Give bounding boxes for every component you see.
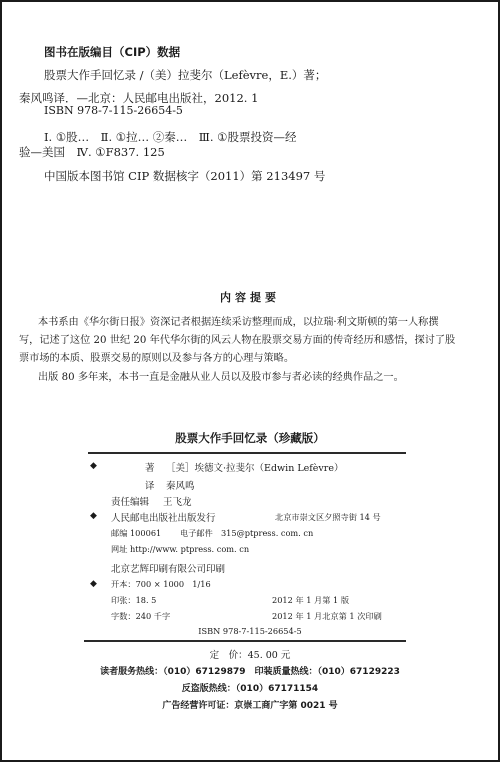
translator: 秦风鸣 [166,478,195,492]
cip-isbn: ISBN 978-7-115-26654-5 [44,104,183,117]
word-count: 字数：240 千字 [111,611,170,622]
cip-line-title-author: 股票大作手回忆录 /（美）拉斐尔（Lefèvre，E.）著； [44,67,326,83]
publisher: 人民邮电出版社出版发行 [111,510,216,524]
summary-paragraph-1-line-3: 票市场的本质、股票交易的原则以及参与各方的心理与策略。 [19,349,294,364]
bullet-icon: ◆ [90,511,97,521]
email: 电子邮件 315@ptpress. com. cn [180,528,313,539]
cip-record-number: 中国版本图书馆 CIP 数据核字（2011）第 213497 号 [44,168,325,184]
book-format: 开本：700 × 1000 1/16 [111,579,211,590]
cip-title: 图书在版编目（CIP）数据 [44,44,180,60]
ad-license: 广告经营许可证：京崇工商广字第 0021 号 [0,698,500,711]
bullet-icon: ◆ [90,579,97,589]
editor-label: 责任编辑 [111,494,149,508]
summary-paragraph-1: 本书系由《华尔街日报》资深记者根据连续采访整理而成，以拉瑞·利文斯顿的第一人称撰 [38,313,439,328]
editor: 王飞龙 [163,494,192,508]
colophon-bottom-rule [84,640,406,642]
anti-piracy-hotline: 反盗版热线：（010）67171154 [0,681,500,694]
colophon-isbn: ISBN 978-7-115-26654-5 [0,626,500,636]
colophon-top-rule [88,452,406,454]
website: 网址 http://www. ptpress. com. cn [111,544,249,555]
colophon-title: 股票大作手回忆录（珍藏版） [0,430,500,446]
service-hotlines: 读者服务热线：（010）67129879 印装质量热线：（010）6712922… [0,664,500,677]
printing: 2012 年 1 月北京第 1 次印刷 [272,611,382,622]
price: 定 价：45. 00 元 [0,647,500,661]
translator-label: 译 [145,478,155,492]
summary-paragraph-2: 出版 80 多年来，本书一直是金融从业人员以及股市参与者必读的经典作品之一。 [38,368,404,383]
edition: 2012 年 1 月第 1 版 [272,595,349,606]
summary-title: 内容提要 [0,289,500,305]
postcode: 邮编 100061 [111,528,161,539]
printed-sheets: 印张：18. 5 [111,595,156,606]
author: ［美］埃德文·拉斐尔（Edwin Lefèvre） [166,460,343,474]
summary-paragraph-1-line-2: 写，记述了这位 20 世纪 20 年代华尔街的风云人物在股票交易方面的传奇经历和… [19,331,455,346]
cip-classification: Ⅰ. ①股… Ⅱ. ①拉… ②秦… Ⅲ. ①股票投资—经 [44,129,296,145]
author-label: 著 [145,460,155,474]
cip-classification-cont: 验—美国 Ⅳ. ①F837. 125 [19,144,165,160]
bullet-icon: ◆ [90,461,97,471]
printer: 北京艺辉印刷有限公司印刷 [111,561,225,575]
publisher-address: 北京市崇文区夕照寺街 14 号 [275,512,381,523]
